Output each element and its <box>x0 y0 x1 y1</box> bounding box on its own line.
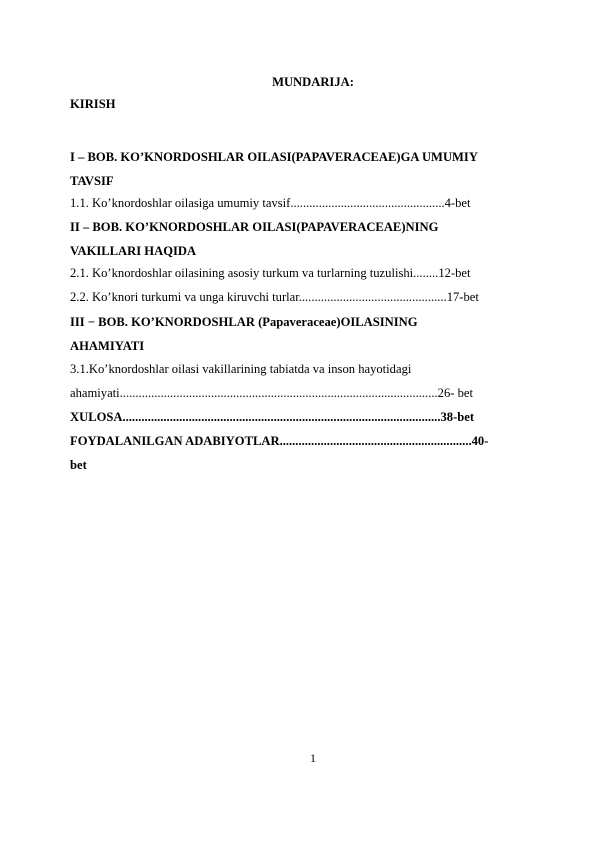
toc-chapter-3-heading: III − BOB. KO’KNORDOSHLAR (Papaveraceae)… <box>70 314 418 330</box>
toc-chapter-2-heading-cont: VAKILLARI HAQIDA <box>70 243 196 259</box>
toc-entry-xulosa: XULOSA..................................… <box>70 409 474 425</box>
document-page: MUNDARIJA: KIRISH I – BOB. KO’KNORDOSHLA… <box>0 0 596 842</box>
toc-section-3-1: 3.1.Ko’knordoshlar oilasi vakillarining … <box>70 361 411 377</box>
toc-chapter-1-heading: I – BOB. KO’KNORDOSHLAR OILASI(PAPAVERAC… <box>70 149 478 165</box>
toc-section-1-1: 1.1. Ko’knordoshlar oilasiga umumiy tavs… <box>70 195 471 211</box>
toc-chapter-1-heading-cont: TAVSIF <box>70 173 114 189</box>
toc-entry-kirish: KIRISH <box>70 96 116 112</box>
toc-entry-adabiyotlar: FOYDALANILGAN ADABIYOTLAR...............… <box>70 433 488 449</box>
page-number: 1 <box>0 751 596 766</box>
toc-section-2-1: 2.1. Ko’knordoshlar oilasining asosiy tu… <box>70 265 471 281</box>
toc-chapter-2-heading: II – BOB. KO’KNORDOSHLAR OILASI(PAPAVERA… <box>70 219 438 235</box>
toc-chapter-3-heading-cont: AHAMIYATI <box>70 338 144 354</box>
toc-entry-adabiyotlar-cont: bet <box>70 457 87 473</box>
toc-section-2-2: 2.2. Ko’knori turkumi va unga kiruvchi t… <box>70 289 479 305</box>
toc-section-3-1-cont: ahamiyati...............................… <box>70 385 473 401</box>
page-title: MUNDARIJA: <box>0 74 596 90</box>
